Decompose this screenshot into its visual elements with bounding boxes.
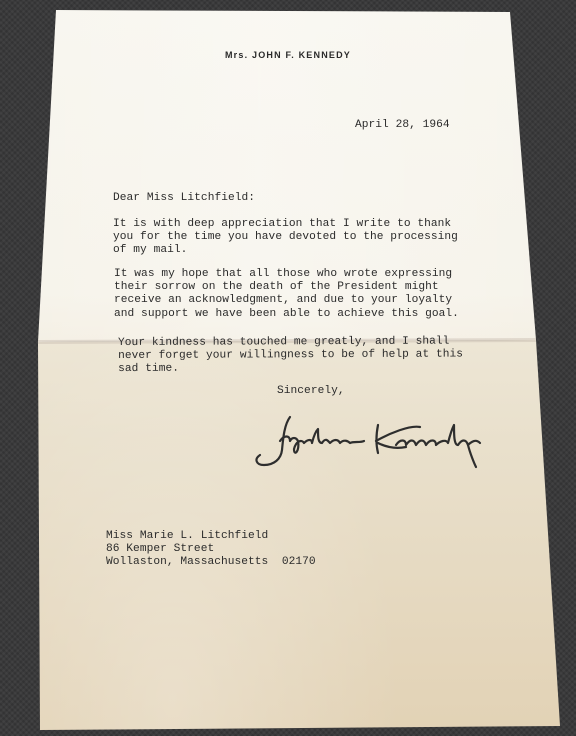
paragraph-appreciation: It is with deep appreciation that I writ… (113, 218, 458, 258)
handwritten-signature (250, 405, 510, 475)
paragraph-kindness: Your kindness has touched me greatly, an… (118, 335, 463, 376)
salutation: Dear Miss Litchfield: (113, 192, 255, 205)
recipient-address: Miss Marie L. Litchfield 86 Kemper Stree… (106, 530, 316, 570)
paragraph-acknowledgment: It was my hope that all those who wrote … (114, 268, 459, 321)
letter-date: April 28, 1964 (355, 119, 450, 132)
letterhead: Mrs. JOHN F. KENNEDY (0, 50, 576, 60)
closing: Sincerely, (277, 385, 345, 398)
